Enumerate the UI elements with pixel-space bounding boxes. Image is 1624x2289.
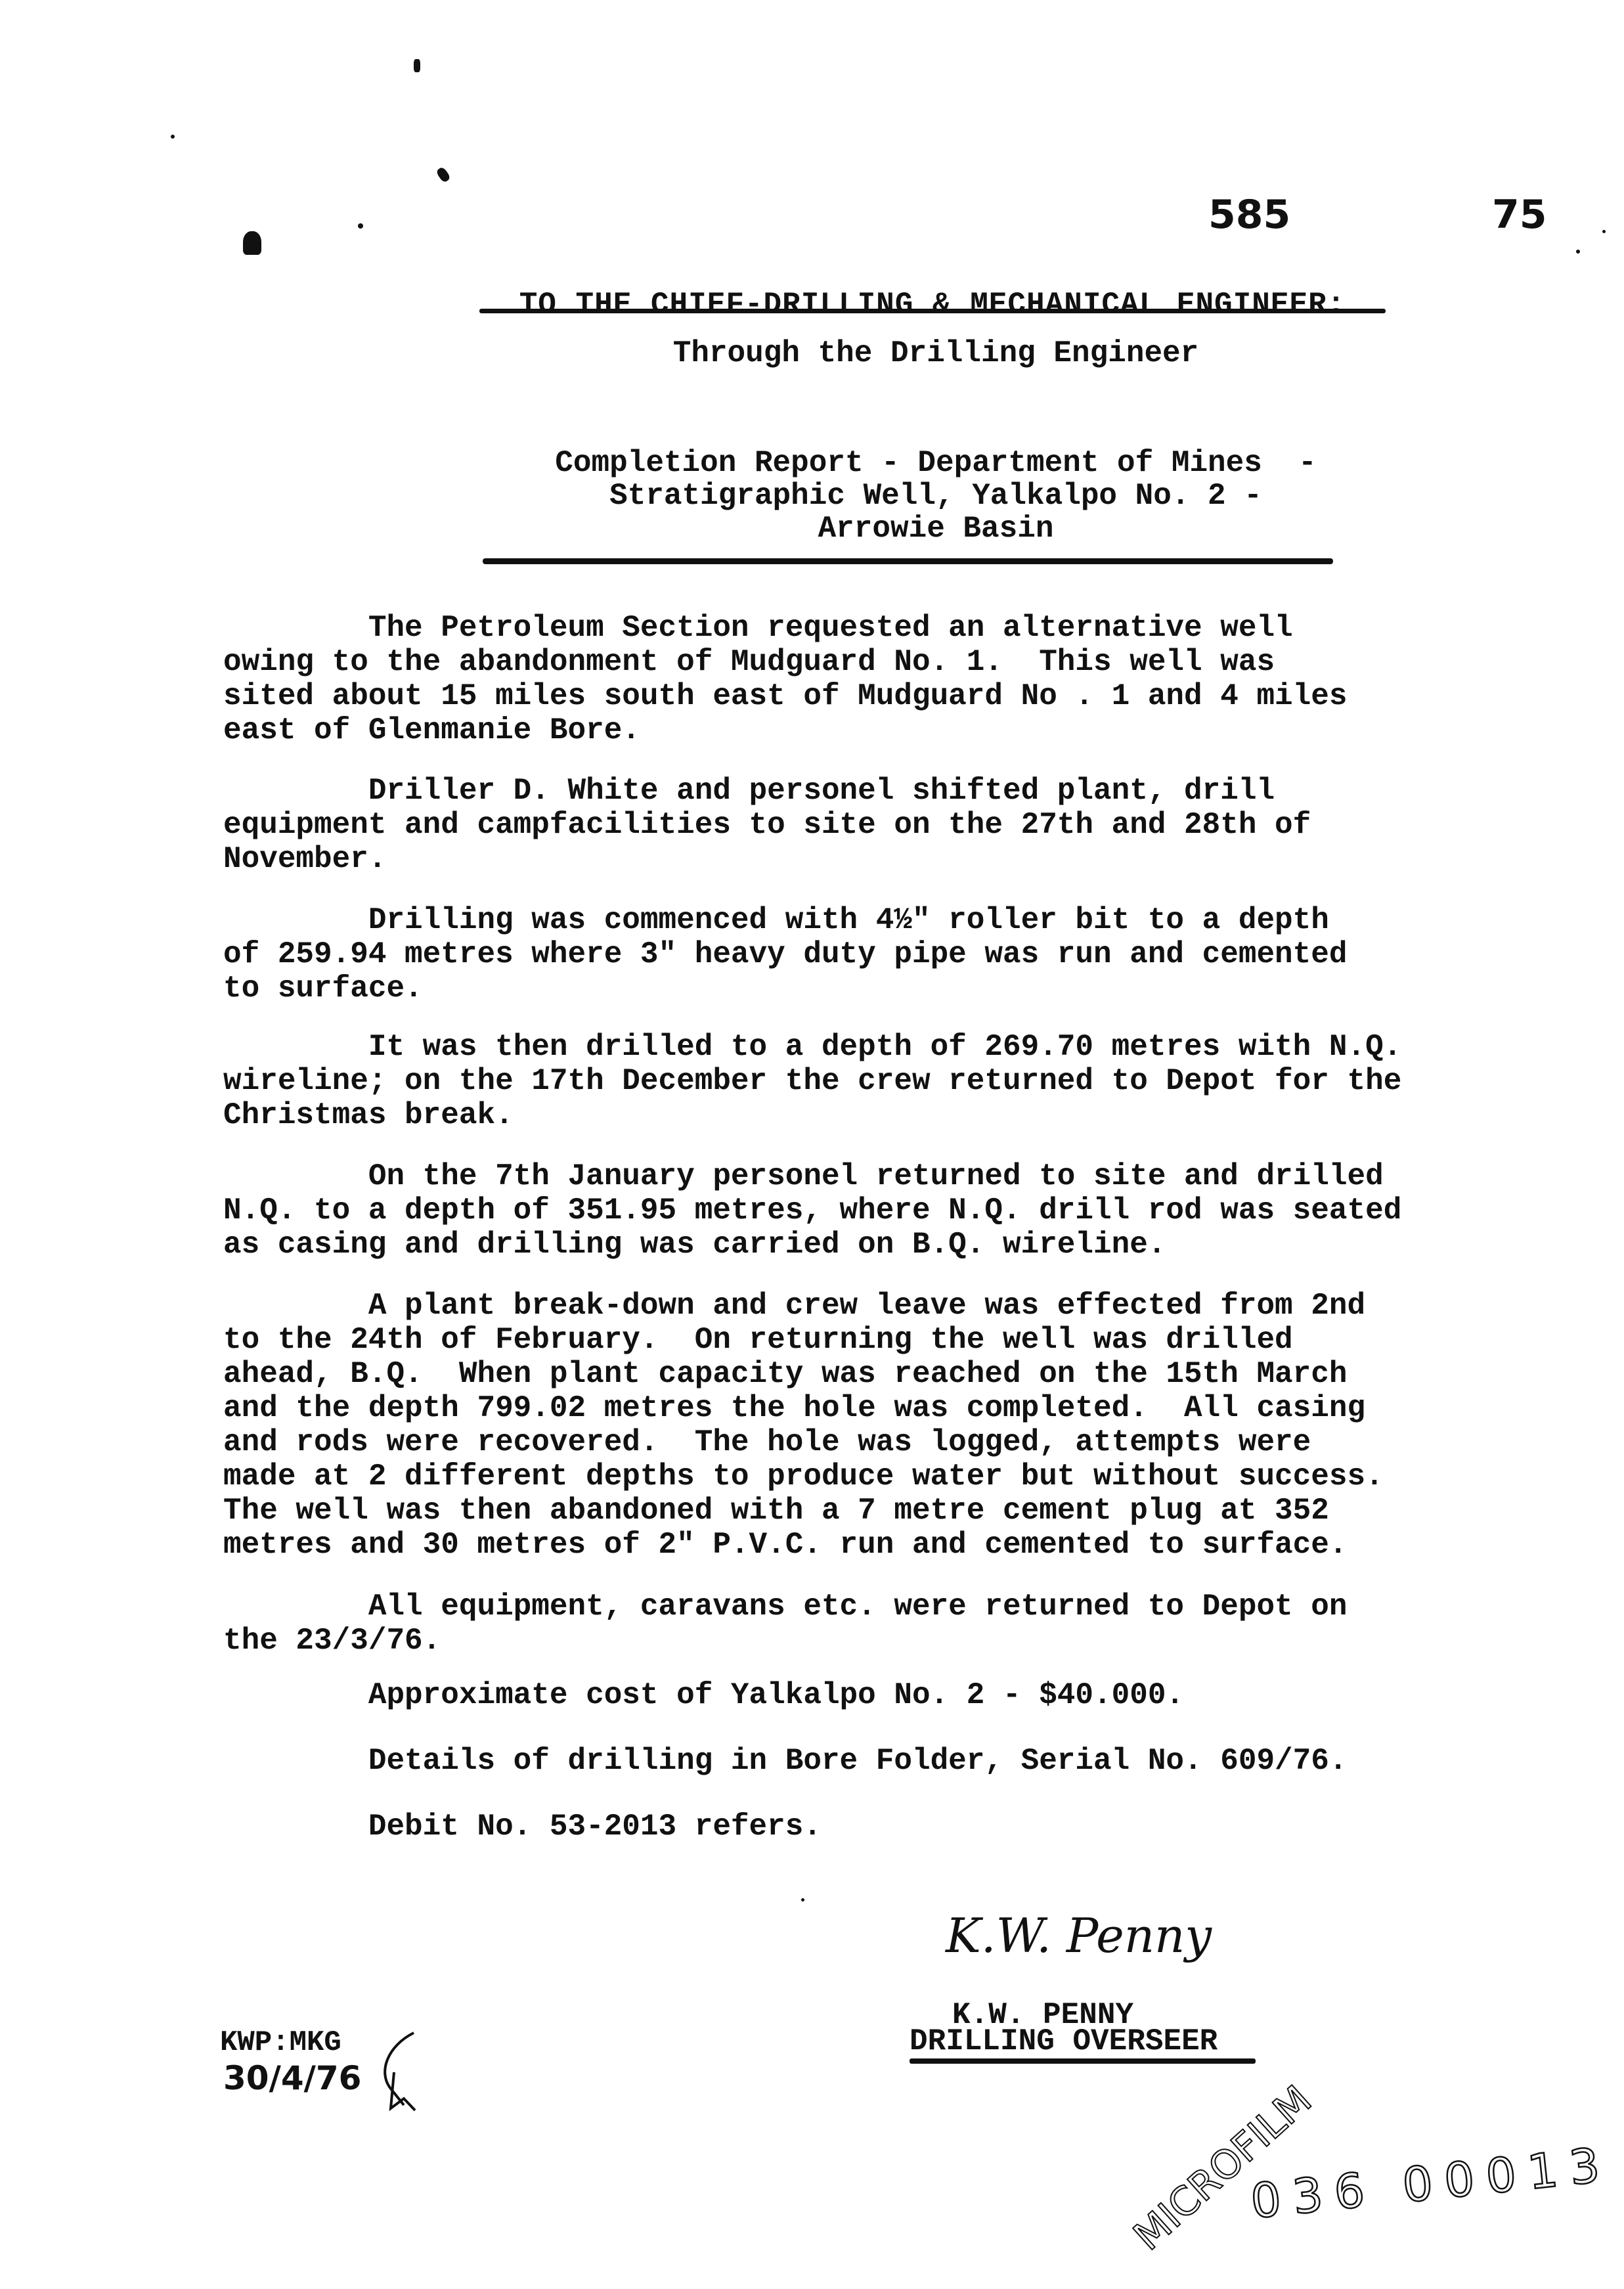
paragraph-january-return: On the 7th January personel returned to … (223, 1159, 1563, 1262)
paragraph-debit-number: Debit No. 53-2013 refers. (223, 1810, 1563, 1844)
subject-block: Completion Report - Department of Mines … (460, 447, 1412, 545)
paragraph-nq-wireline: It was then drilled to a depth of 269.70… (223, 1030, 1563, 1132)
scan-speck (1602, 230, 1606, 233)
addressee-heading: TO THE CHIEF-DRILLING & MECHANICAL ENGIN… (479, 288, 1386, 322)
signer-title-underline (910, 2058, 1256, 2064)
paragraph-drilling-commenced: Drilling was commenced with 4½" roller b… (223, 903, 1563, 1006)
paragraph-plant-shift: Driller D. White and personel shifted pl… (223, 774, 1563, 876)
reference-initials: KWP:MKG (220, 2026, 341, 2059)
subject-line-1: Completion Report - Department of Mines … (460, 447, 1412, 479)
checkmark-icon (374, 2026, 420, 2118)
through-line: Through the Drilling Engineer (460, 336, 1412, 370)
scan-speck (435, 166, 451, 183)
scan-speck (171, 135, 175, 139)
scan-speck (801, 1898, 804, 1901)
paragraph-completion: A plant break-down and crew leave was ef… (223, 1289, 1563, 1562)
reference-date: 30/4/76 (223, 2059, 361, 2097)
page-number-right: 75 (1492, 192, 1547, 238)
handwritten-signature: K.W. Penny (946, 1908, 1212, 1963)
addressee-underline (479, 309, 1386, 313)
signer-title: DRILLING OVERSEER (910, 2024, 1218, 2058)
scan-speck (358, 223, 363, 229)
microfilm-frame-number: 036 00013 (1248, 2137, 1614, 2229)
scan-speck (414, 59, 420, 72)
page-number-left: 585 (1208, 192, 1290, 238)
microfilm-stamp: MICROFILM (1125, 2077, 1321, 2259)
scan-speck (1576, 250, 1580, 254)
paragraph-well-request: The Petroleum Section requested an alter… (223, 611, 1563, 747)
subject-line-3: Arrowie Basin (460, 512, 1412, 545)
scan-speck (243, 231, 261, 255)
subject-line-2: Stratigraphic Well, Yalkalpo No. 2 - (460, 479, 1412, 512)
subject-divider (483, 558, 1333, 564)
paragraph-approximate-cost: Approximate cost of Yalkalpo No. 2 - $40… (223, 1678, 1563, 1712)
paragraph-bore-folder: Details of drilling in Bore Folder, Seri… (223, 1744, 1563, 1778)
paragraph-equipment-returned: All equipment, caravans etc. were return… (223, 1589, 1563, 1658)
